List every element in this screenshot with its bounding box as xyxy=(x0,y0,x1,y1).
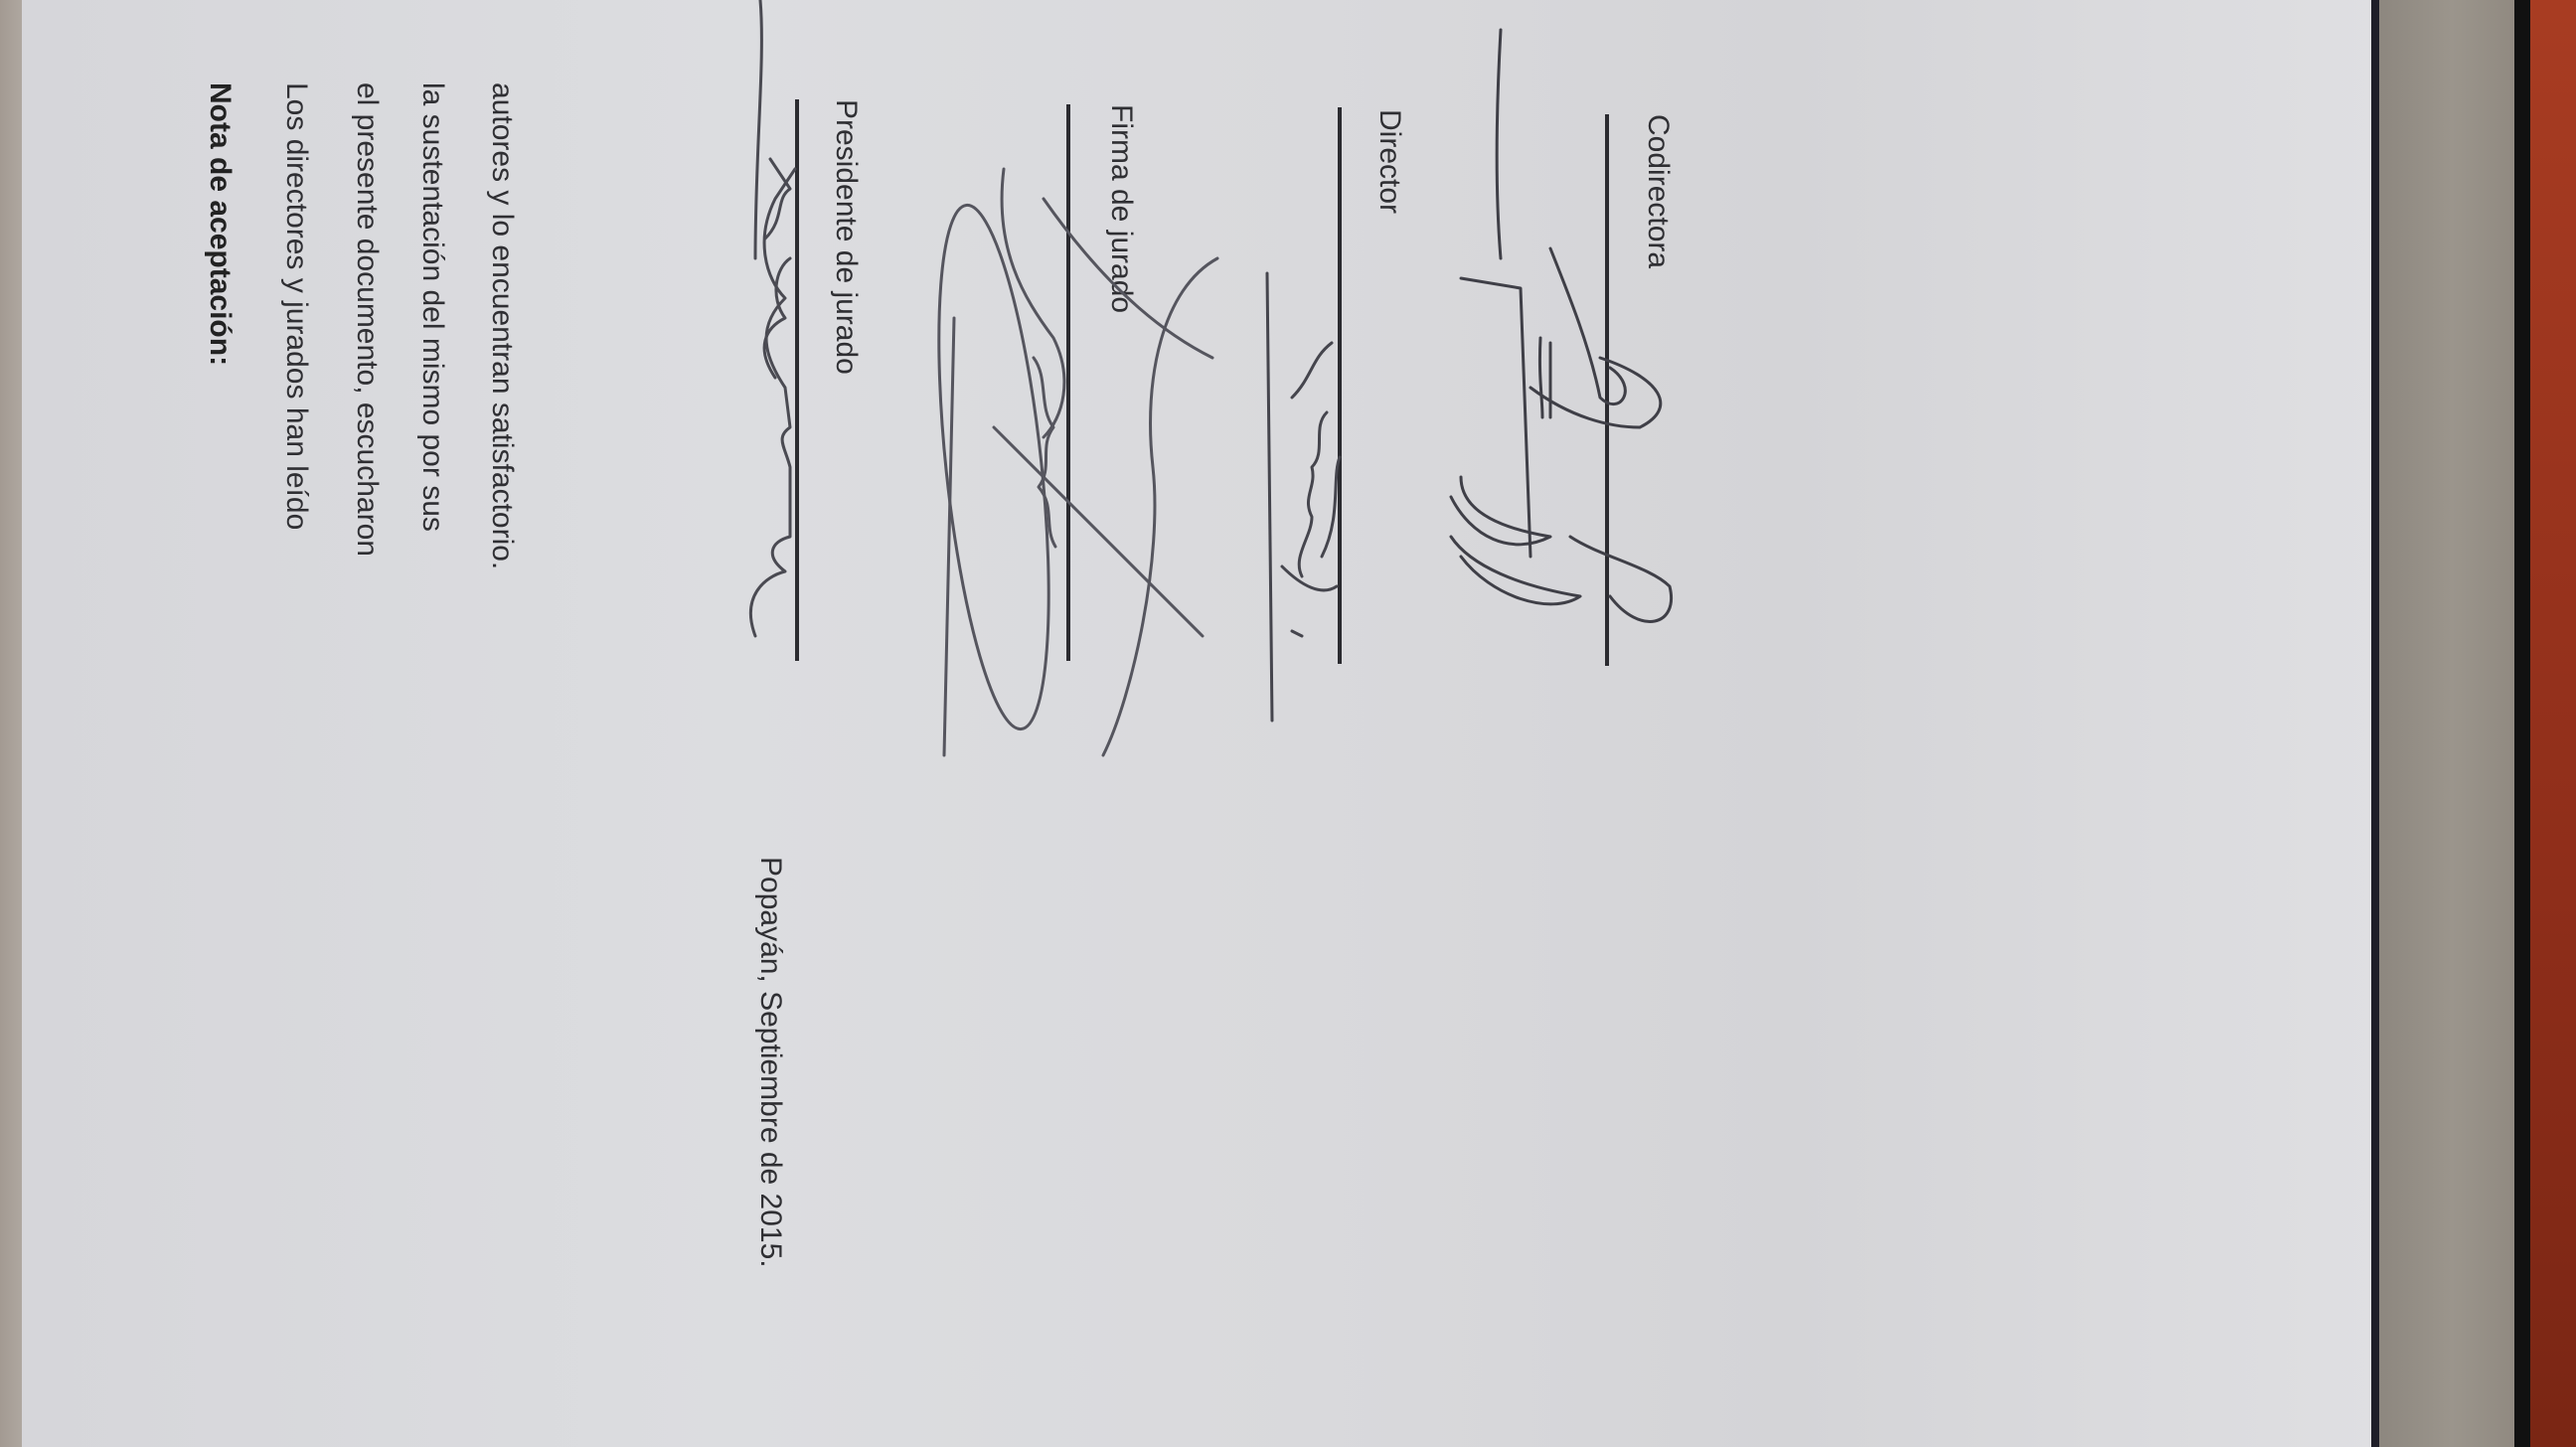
acceptance-heading: Nota de aceptación: xyxy=(203,82,237,366)
place-date: Popayán, Septiembre de 2015. xyxy=(753,857,787,1268)
signature-label-director: Director xyxy=(1372,109,1406,214)
signature-label-firma-jurado: Firma de jurado xyxy=(1104,104,1138,313)
paragraph-line: autores y lo encuentran satisfactorio. xyxy=(485,82,519,569)
signature-line-firma-jurado xyxy=(1066,104,1070,661)
page-edge xyxy=(2371,0,2379,1447)
signature-label-presidente: Presidente de jurado xyxy=(829,99,863,375)
signature-line-presidente xyxy=(795,99,799,661)
signature-label-codirectora: Codirectora xyxy=(1641,114,1675,268)
background-strip xyxy=(2379,0,2524,1447)
signature-line-director xyxy=(1338,107,1342,664)
signature-line-codirectora xyxy=(1605,114,1609,666)
paragraph-line: la sustentación del mismo por sus xyxy=(415,82,449,532)
background-edge xyxy=(2514,0,2530,1447)
background-surface-right xyxy=(2530,0,2576,1447)
paragraph-line: el presente documento, escucharon xyxy=(350,82,384,557)
paragraph-line: Los directores y jurados han leído xyxy=(279,82,313,530)
